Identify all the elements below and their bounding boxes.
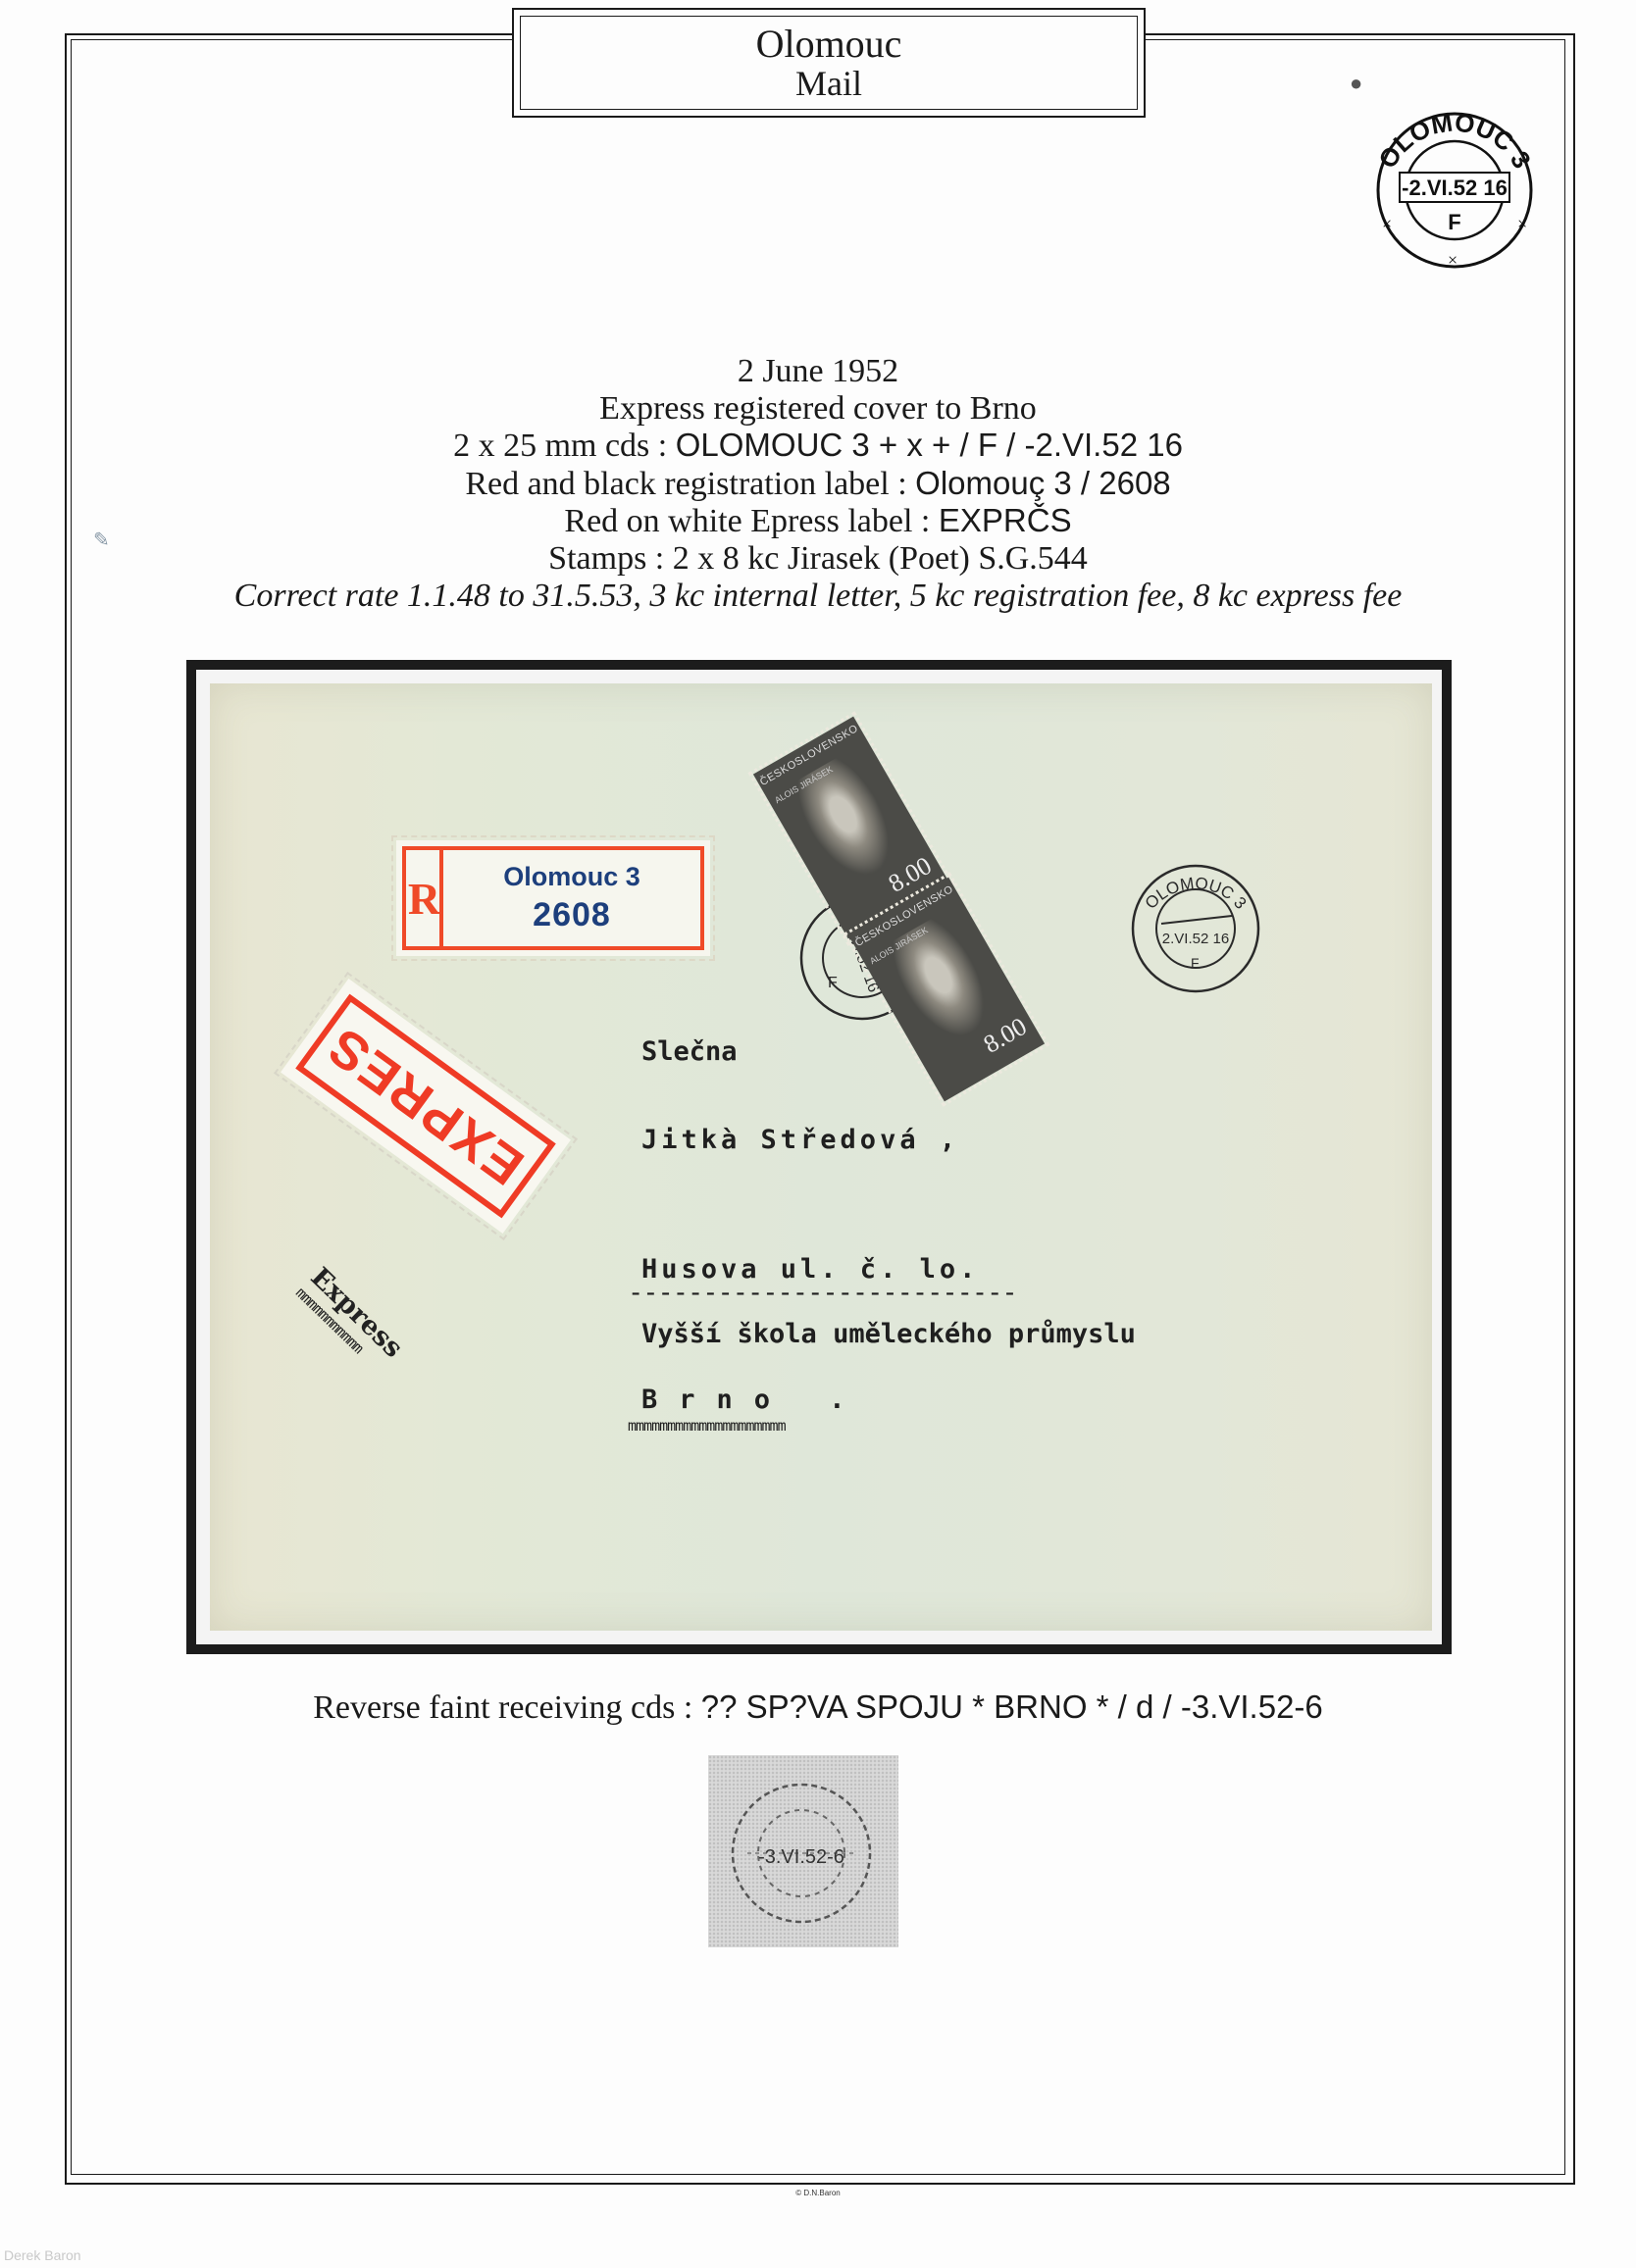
address-line: Jitkà Středová , [641,1125,959,1155]
page-subtitle: Mail [795,65,862,102]
page-title: Olomouc [756,24,902,65]
rate-line: Correct rate 1.1.48 to 31.5.53, 3 kc int… [98,577,1538,616]
express-label-line: Red on white Epress label : EXPRČS [98,502,1538,540]
svg-text:×: × [1448,250,1457,269]
stamps-pair: ČESKOSLOVENSKO ALOIS JIRÁSEK 8.00 ČESKOS… [754,713,1048,1144]
registration-number: 2608 [533,896,611,934]
svg-text:×: × [1517,214,1527,233]
watermark: Derek Baron [4,2247,81,2263]
express-label: EXPRES [281,979,571,1234]
registration-label: R Olomouc 3 2608 [396,840,710,956]
address-line: Vyšší škola uměleckého průmyslu [641,1319,1136,1349]
cancellation-right: OLOMOUC 3 2.VI.52 16 F [1122,855,1269,1002]
postmark-letter: F [1448,210,1460,234]
cds-line: 2 x 25 mm cds : OLOMOUC 3 + x + / F / -2… [98,427,1538,465]
registration-r-mark: R [406,850,443,946]
title-box: Olomouc Mail [512,8,1146,118]
postmark-illustration: OLOMOUC 3 -2.VI.52 16 F × × × [1356,102,1553,269]
address-line: Slečna [641,1036,738,1067]
address-line: Brno . [641,1385,867,1415]
address-underline: -------------------------- [628,1278,1017,1308]
description: 2 June 1952 Express registered cover to … [98,353,1538,616]
corner-dot: ● [1350,71,1362,96]
reverse-postmark-image: -3.VI.52-6 [708,1755,898,1947]
svg-text:2.VI.52 16: 2.VI.52 16 [1162,931,1229,947]
handwritten-express: Express mmmmmmmmmmm [292,1262,481,1446]
copyright: © D.N.Baron [0,2189,1636,2197]
cover-date: 2 June 1952 [98,353,1538,390]
address-underline: mmmmmmmmmmmmmmmmmmmm [628,1417,786,1435]
registration-office: Olomouc 3 [503,862,640,892]
envelope: R Olomouc 3 2608 EXPRES Express mmmmmmmm… [210,683,1432,1631]
postmark-date-text: -2.VI.52 16 [1402,176,1508,200]
cover-image-frame: R Olomouc 3 2608 EXPRES Express mmmmmmmm… [186,660,1452,1654]
registration-label-line: Red and black registration label : Olomo… [98,465,1538,503]
svg-text:F: F [1191,955,1200,971]
svg-text:-3.VI.52-6: -3.VI.52-6 [758,1846,844,1868]
stamps-line: Stamps : 2 x 8 kc Jirasek (Poet) S.G.544 [98,540,1538,578]
reverse-caption: Reverse faint receiving cds : ?? SP?VA S… [98,1688,1538,1727]
svg-text:×: × [1382,214,1392,233]
cover-type: Express registered cover to Brno [98,390,1538,428]
express-label-text: EXPRES [316,1015,535,1197]
